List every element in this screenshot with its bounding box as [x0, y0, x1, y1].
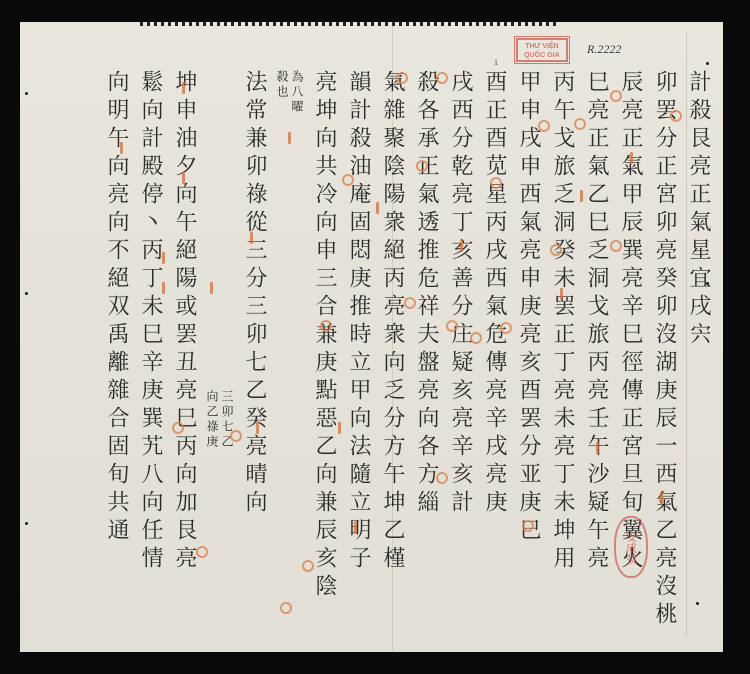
- red-circle-mark: [574, 118, 586, 130]
- red-tick-mark: [250, 232, 253, 244]
- text-column: 鬆向計殿停丶丙丁未巳辛庚巽艽八向任情: [136, 70, 164, 635]
- red-circle-mark: [404, 297, 416, 309]
- red-circle-mark: [302, 560, 314, 572]
- red-circle-mark: [230, 430, 242, 442]
- red-tick-mark: [256, 422, 259, 434]
- text-columns: 計殺艮亮正氣星宜戌宍 卯罢分正宮卯亮癸卯沒湖庚辰一西氣乙亮沒桃 辰亮正氣甲辰巽亮…: [52, 70, 712, 635]
- red-circle-mark: [490, 177, 502, 189]
- red-circle-mark: [436, 472, 448, 484]
- red-circle-mark: [396, 72, 408, 84]
- red-circle-mark: [470, 332, 482, 344]
- red-tick-mark: [162, 252, 165, 264]
- red-circle-mark: [550, 244, 562, 256]
- binding-hole-dot: [25, 292, 28, 295]
- text-column: 戌西分乾亮丁亥善分庄疑亥亮辛亥計: [446, 70, 474, 635]
- red-circle-mark: [436, 72, 448, 84]
- red-circle-mark: [610, 240, 622, 252]
- red-tick-mark: [162, 282, 165, 294]
- stamp-line-1: THƯ VIỆN: [518, 42, 566, 51]
- red-circle-mark: [196, 546, 208, 558]
- shelf-mark: R.2222: [587, 42, 621, 57]
- text-column: 甲申戌申西氣亮申庚亮亥酉罢分亚庚巳: [514, 70, 542, 635]
- page-number: 1: [494, 58, 498, 67]
- national-library-stamp: THƯ VIỆN QUỐC GIA: [516, 38, 568, 62]
- red-circle-mark: [522, 520, 534, 532]
- red-tick-mark: [120, 142, 123, 154]
- red-circle-mark: [500, 322, 512, 334]
- red-tick-mark: [560, 288, 563, 300]
- text-column: 丙午戈旅乏洞癸未罢正丁亮未亮丁未坤用: [548, 70, 576, 635]
- annotation-subline: 為八曜: [289, 70, 304, 635]
- red-circle-mark: [280, 602, 292, 614]
- binding-hole-dot: [25, 522, 28, 525]
- text-column: 巳亮正氣乙巳乏洞戈旅丙亮壬午沙疑午亮: [582, 70, 610, 635]
- annotation-column: 為八曜 殺也: [274, 70, 304, 635]
- red-tick-mark: [660, 492, 663, 504]
- red-circle-mark: [416, 160, 428, 172]
- manuscript-page: THƯ VIỆN QUỐC GIA R.2222 1 計殺艮亮正氣星宜戌宍 卯罢…: [20, 22, 723, 652]
- annotation-subline: 殺也: [274, 70, 289, 635]
- photo-frame: THƯ VIỆN QUỐC GIA R.2222 1 計殺艮亮正氣星宜戌宍 卯罢…: [0, 0, 750, 674]
- red-circle-mark: [172, 422, 184, 434]
- text-column: 向明午向亮向不絕双禹離雜合固旬共通: [102, 70, 130, 635]
- text-column: 計殺艮亮正氣星宜戌宍: [684, 70, 712, 635]
- text-column: 法常兼卯祿從三分三卯七乙癸亮晴向: [240, 70, 268, 635]
- annotation-column: 三卯七乙 向乙祿庚: [204, 70, 234, 635]
- red-circle-mark: [610, 90, 622, 102]
- red-tick-mark: [354, 522, 357, 534]
- red-circle-mark: [538, 120, 550, 132]
- red-tick-mark: [182, 172, 185, 184]
- red-tick-mark: [460, 240, 463, 252]
- binding-hole-dot: [25, 92, 28, 95]
- red-tick-mark: [288, 132, 291, 144]
- annotation-subline: 三卯七乙: [219, 390, 234, 635]
- text-column: 亮坤向共冷向申三合兼庚點惡乙向兼辰亥陰: [310, 70, 338, 635]
- annotation-subline: 向乙祿庚: [204, 390, 219, 635]
- text-column: 殺各承正氣透推危祥夫盤亮向各方緇: [412, 70, 440, 635]
- red-circle-mark: [670, 110, 682, 122]
- red-tick-mark: [376, 202, 379, 214]
- red-circle-mark: [342, 174, 354, 186]
- red-circle-mark: [320, 320, 332, 332]
- red-tick-mark: [596, 442, 599, 454]
- red-circle-mark: [446, 320, 458, 332]
- red-tick-mark: [580, 190, 583, 202]
- binding-hole-dot: [706, 62, 709, 65]
- red-tick-mark: [630, 152, 633, 164]
- text-column: 氣雜聚陰陽衆絕丙亮衆向乏分方午坤乙槿: [378, 70, 406, 635]
- red-tick-mark: [210, 282, 213, 294]
- text-column: 卯罢分正宮卯亮癸卯沒湖庚辰一西氣乙亮沒桃: [650, 70, 678, 635]
- stamp-line-2: QUỐC GIA: [518, 51, 566, 60]
- red-tick-mark: [182, 82, 185, 94]
- text-column: 酉正酉苋星丙戌西氣危傳亮辛戌亮庚: [480, 70, 508, 635]
- red-tick-mark: [338, 422, 341, 434]
- text-column: 坤申油夕向午絕陽或罢丑亮巳丙向加艮亮: [170, 70, 198, 635]
- owner-red-seal: 安成號: [614, 516, 648, 578]
- text-column: 韻計殺油庵固悶庚推時立甲向法隨立明子: [344, 70, 372, 635]
